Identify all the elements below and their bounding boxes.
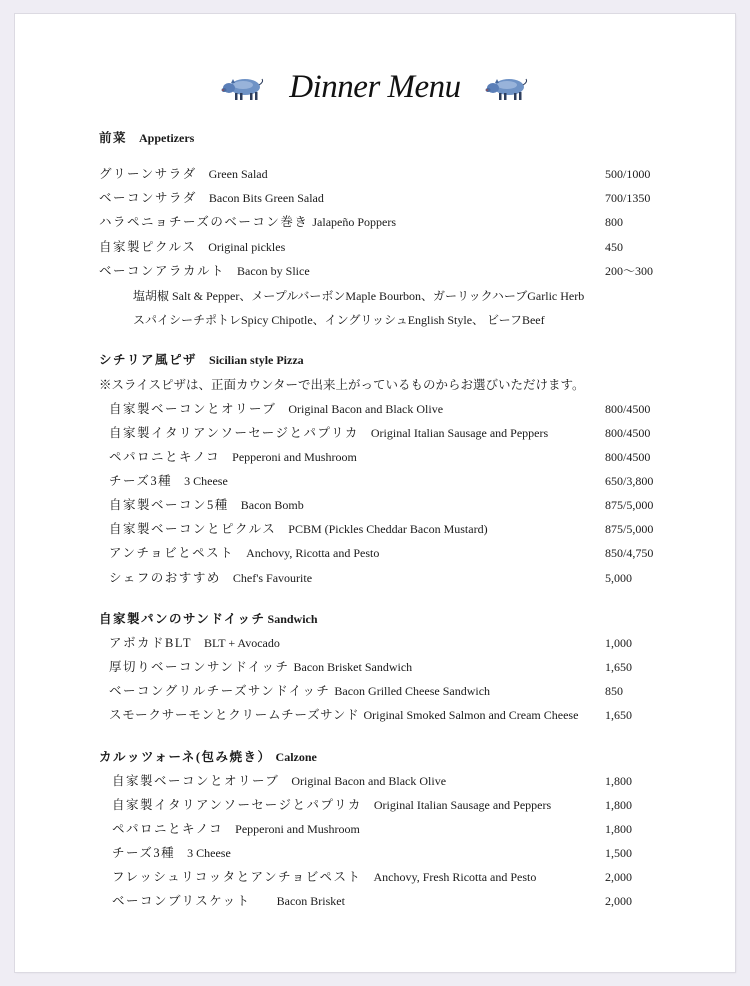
item-jp: 自家製ベーコンとピクルス <box>109 522 276 536</box>
item-jp: ベーコンアラカルト <box>99 264 225 278</box>
item-en: Original Italian Sausage and Peppers <box>374 798 551 812</box>
item-en: Original Bacon and Black Olive <box>288 402 443 416</box>
menu-item: ベーコングリルチーズサンドイッチBacon Grilled Cheese San… <box>109 683 490 699</box>
item-jp: ベーコンブリスケット <box>112 894 251 908</box>
item-price: 2,000 <box>605 893 632 909</box>
bacon-flavors-line: 塩胡椒 Salt & Pepper、メープルバーボンMaple Bourbon、… <box>133 288 584 304</box>
item-jp: ベーコンサラダ <box>99 191 197 205</box>
section-en: Sandwich <box>268 612 318 626</box>
item-price: 800 <box>605 214 623 230</box>
menu-item: アボカドBLTBLT + Avocado <box>109 635 280 651</box>
item-jp: 自家製ベーコン5種 <box>109 498 229 512</box>
item-jp: アンチョビとペスト <box>109 546 234 560</box>
item-price: 800/4500 <box>605 401 650 417</box>
item-jp: 自家製イタリアンソーセージとパプリカ <box>109 426 359 440</box>
item-price: 500/1000 <box>605 166 650 182</box>
page-title: Dinner Menu <box>289 69 460 106</box>
item-jp: チーズ3種 <box>109 474 172 488</box>
pig-icon <box>483 73 531 103</box>
item-price: 1,800 <box>605 821 632 837</box>
item-en: Pepperoni and Mushroom <box>232 450 357 464</box>
section-heading-calzone: カルッツォーネ(包み焼き）Calzone <box>99 749 317 765</box>
menu-page: Dinner Menu 前菜Appetizers グリーンサラダGreen Sa… <box>15 14 735 972</box>
item-price: 450 <box>605 239 623 255</box>
item-jp: 自家製ピクルス <box>99 240 196 254</box>
pig-icon <box>219 73 267 103</box>
item-price: 1,000 <box>605 635 632 651</box>
menu-item: 自家製イタリアンソーセージとパプリカOriginal Italian Sausa… <box>109 425 548 441</box>
menu-header: Dinner Menu <box>15 69 735 106</box>
item-jp: グリーンサラダ <box>99 167 197 181</box>
menu-item: 自家製ベーコンとオリーブOriginal Bacon and Black Oli… <box>109 401 443 417</box>
menu-item: 自家製ベーコン5種Bacon Bomb <box>109 497 304 513</box>
menu-item: シェフのおすすめChef's Favourite <box>109 570 312 586</box>
item-en: Jalapeño Poppers <box>312 215 396 229</box>
menu-item: グリーンサラダGreen Salad <box>99 166 268 182</box>
item-en: BLT + Avocado <box>204 636 280 650</box>
item-en: Green Salad <box>209 167 268 181</box>
item-en: Anchovy, Fresh Ricotta and Pesto <box>374 870 537 884</box>
item-en: Pepperoni and Mushroom <box>235 822 360 836</box>
menu-item: ベーコンアラカルトBacon by Slice <box>99 263 310 279</box>
item-price: 875/5,000 <box>605 497 653 513</box>
item-price: 850/4,750 <box>605 545 653 561</box>
menu-item: ペパロニとキノコPepperoni and Mushroom <box>109 449 357 465</box>
menu-item: アンチョビとペストAnchovy, Ricotta and Pesto <box>109 545 379 561</box>
item-price: 875/5,000 <box>605 521 653 537</box>
item-en: Bacon Grilled Cheese Sandwich <box>334 684 490 698</box>
item-jp: フレッシュリコッタとアンチョビペスト <box>112 870 362 884</box>
item-en: Bacon by Slice <box>237 264 310 278</box>
menu-item: 自家製ピクルスOriginal pickles <box>99 239 285 255</box>
item-price: 1,650 <box>605 659 632 675</box>
menu-item: ベーコンサラダBacon Bits Green Salad <box>99 190 324 206</box>
item-price: 1,800 <box>605 797 632 813</box>
item-price: 1,800 <box>605 773 632 789</box>
item-jp: ベーコングリルチーズサンドイッチ <box>109 684 330 698</box>
item-jp: ペパロニとキノコ <box>112 822 223 836</box>
item-en: PCBM (Pickles Cheddar Bacon Mustard) <box>288 522 487 536</box>
menu-item: 厚切りベーコンサンドイッチBacon Brisket Sandwich <box>109 659 412 675</box>
section-en: Sicilian style Pizza <box>209 353 304 367</box>
item-price: 1,500 <box>605 845 632 861</box>
menu-item: フレッシュリコッタとアンチョビペストAnchovy, Fresh Ricotta… <box>112 869 536 885</box>
item-jp: ハラペニョチーズのベーコン巻き <box>99 215 308 229</box>
item-jp: 自家製ベーコンとオリーブ <box>112 774 279 788</box>
item-en: Bacon Bomb <box>241 498 304 512</box>
section-heading-pizza: シチリア風ピザSicilian style Pizza <box>99 352 304 368</box>
menu-item: 自家製ベーコンとピクルスPCBM (Pickles Cheddar Bacon … <box>109 521 488 537</box>
section-en: Calzone <box>276 750 317 764</box>
section-jp: 自家製パンのサンドイッチ <box>99 612 266 626</box>
item-en: Original Smoked Salmon and Cream Cheese <box>363 708 578 722</box>
menu-item: ベーコンブリスケットBacon Brisket <box>112 893 345 909</box>
item-price: 200〜300 <box>605 263 653 279</box>
menu-item: スモークサーモンとクリームチーズサンドOriginal Smoked Salmo… <box>109 707 578 723</box>
pizza-note: ※スライスピザは、正面カウンターで出来上がっているものからお選びいただけます。 <box>99 377 585 393</box>
menu-item: チーズ3種3 Cheese <box>109 473 228 489</box>
item-price: 800/4500 <box>605 425 650 441</box>
item-jp: 自家製イタリアンソーセージとパプリカ <box>112 798 362 812</box>
section-heading-sandwich: 自家製パンのサンドイッチSandwich <box>99 611 318 627</box>
item-en: 3 Cheese <box>184 474 228 488</box>
item-en: Original pickles <box>208 240 285 254</box>
item-en: Original Bacon and Black Olive <box>291 774 446 788</box>
bacon-flavors-line: スパイシーチポトレSpicy Chipotle、イングリッシュEnglish S… <box>133 312 545 328</box>
item-en: Chef's Favourite <box>233 571 312 585</box>
item-jp: アボカドBLT <box>109 636 192 650</box>
menu-item: チーズ3種3 Cheese <box>112 845 231 861</box>
section-jp: カルッツォーネ(包み焼き） <box>99 750 272 764</box>
item-en: Original Italian Sausage and Peppers <box>371 426 548 440</box>
item-price: 700/1350 <box>605 190 650 206</box>
item-price: 1,650 <box>605 707 632 723</box>
item-price: 850 <box>605 683 623 699</box>
menu-item: 自家製ベーコンとオリーブOriginal Bacon and Black Oli… <box>112 773 446 789</box>
item-en: Bacon Brisket <box>277 894 345 908</box>
section-jp: シチリア風ピザ <box>99 353 197 367</box>
item-en: Bacon Bits Green Salad <box>209 191 324 205</box>
item-jp: 厚切りベーコンサンドイッチ <box>109 660 290 674</box>
item-jp: シェフのおすすめ <box>109 571 221 585</box>
item-jp: ペパロニとキノコ <box>109 450 220 464</box>
menu-item: 自家製イタリアンソーセージとパプリカOriginal Italian Sausa… <box>112 797 551 813</box>
section-heading-appetizers: 前菜Appetizers <box>99 130 194 146</box>
item-en: 3 Cheese <box>187 846 231 860</box>
item-price: 5,000 <box>605 570 632 586</box>
menu-item: ペパロニとキノコPepperoni and Mushroom <box>112 821 360 837</box>
section-jp: 前菜 <box>99 131 127 145</box>
item-en: Anchovy, Ricotta and Pesto <box>246 546 379 560</box>
item-jp: 自家製ベーコンとオリーブ <box>109 402 276 416</box>
item-price: 800/4500 <box>605 449 650 465</box>
item-price: 650/3,800 <box>605 473 653 489</box>
item-jp: チーズ3種 <box>112 846 175 860</box>
item-price: 2,000 <box>605 869 632 885</box>
item-jp: スモークサーモンとクリームチーズサンド <box>109 708 359 722</box>
item-en: Bacon Brisket Sandwich <box>294 660 413 674</box>
menu-item: ハラペニョチーズのベーコン巻きJalapeño Poppers <box>99 214 396 230</box>
section-en: Appetizers <box>139 131 194 145</box>
